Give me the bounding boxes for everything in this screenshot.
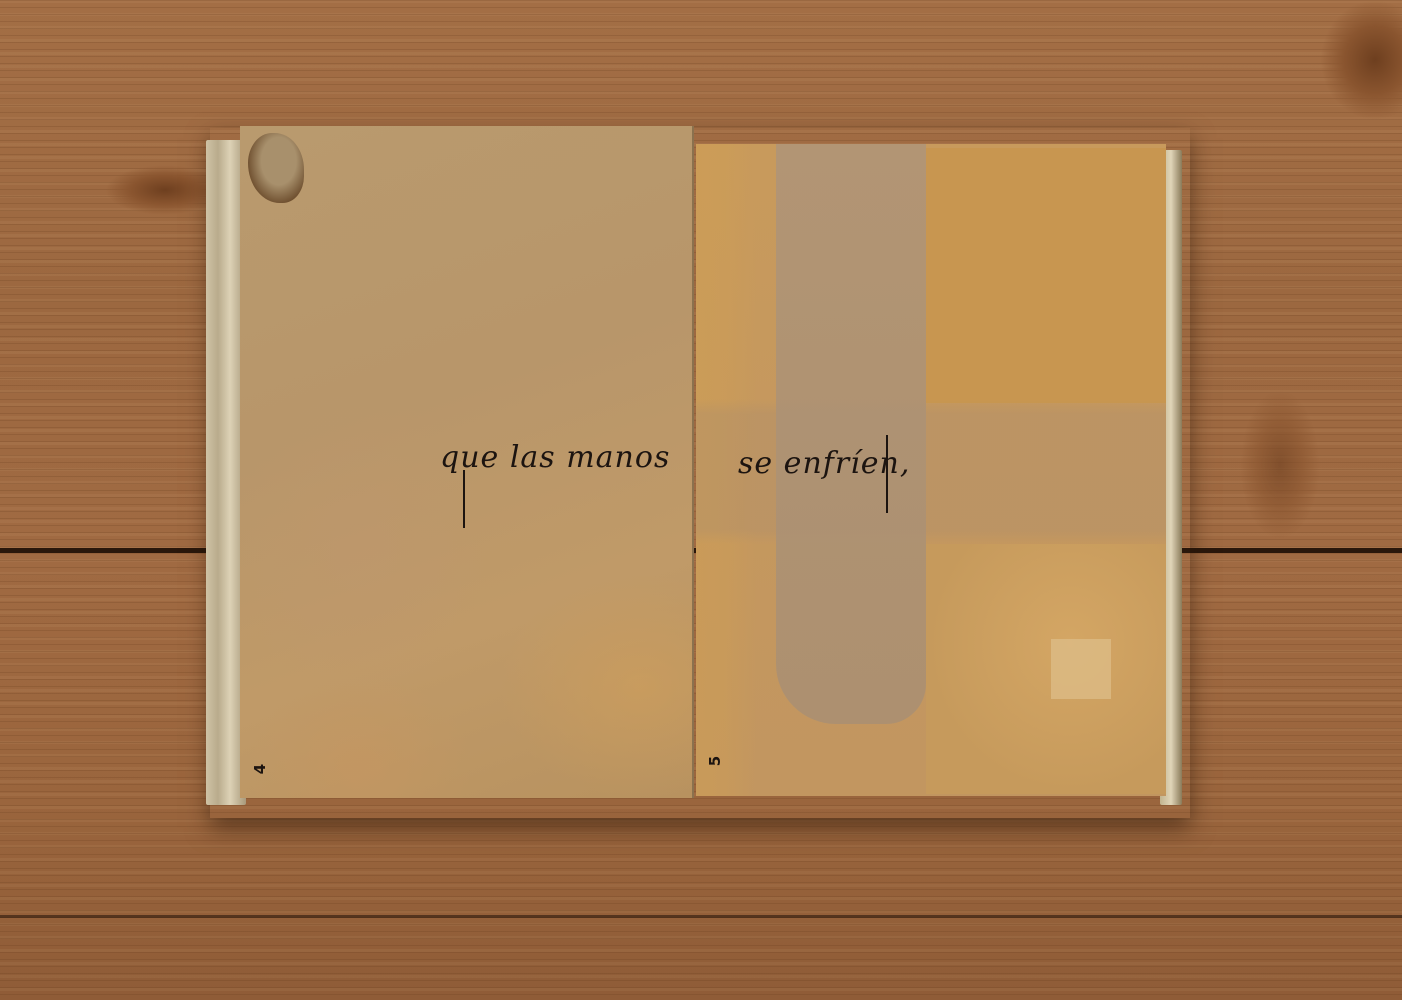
board-gap	[0, 915, 1402, 918]
watercolor-wash	[776, 144, 926, 724]
wood-knot	[1240, 390, 1320, 540]
pen-stroke	[463, 470, 465, 528]
handwritten-text-right: se enfríen,	[738, 446, 910, 481]
watercolor-wash	[1051, 639, 1111, 699]
handwritten-text-left: que las manos	[440, 440, 670, 475]
pen-stroke	[886, 435, 888, 513]
watercolor-wash	[926, 148, 1166, 403]
wood-knot	[1320, 0, 1402, 120]
page-number-left: 4	[251, 764, 269, 774]
watercolor-wash	[926, 544, 1166, 794]
page-number-right: 5	[706, 756, 724, 766]
